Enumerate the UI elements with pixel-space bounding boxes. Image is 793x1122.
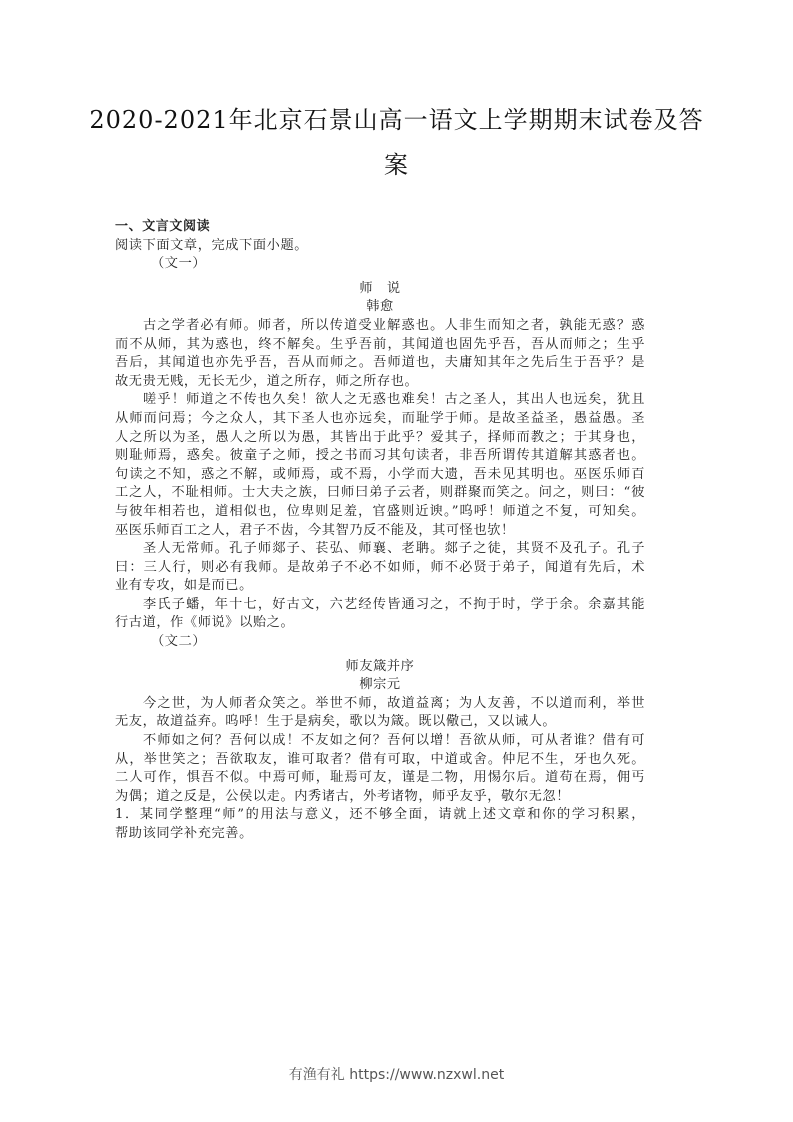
paragraph-line: 今之世，为人师者众笑之。举世不师，故道益离；为人友善，不以道而利，举世 [115,695,645,714]
document-title-line-2: 案 [0,145,793,180]
question-1-line: 帮助该同学补充完善。 [115,825,645,844]
paragraph-line: 李氏子蟠，年十七，好古文，六艺经传皆通习之，不拘于时，学于余。余嘉其能 [115,596,645,615]
paragraph-line: 工之人，不耻相师。士大夫之族，曰师曰弟子云者，则群聚而笑之。问之，则曰：“彼 [115,484,645,503]
paragraph-line: 无友，故道益弃。呜呼！生于是病矣，歌以为箴。既以儆己，又以诫人。 [115,713,645,732]
paragraph-line: 句读之不知，惑之不解，或师焉，或不焉，小学而大遗，吾未见其明也。巫医乐师百 [115,466,645,485]
paragraph-line: 行古道，作《师说》以贻之。 [115,614,645,633]
paragraph-line: 吾后，其闻道也亦先乎吾，吾从而师之。吾师道也，夫庸知其年之先后生于吾乎？是 [115,354,645,373]
text1-label: （文一） [115,255,645,274]
text2-author: 柳宗元 [115,676,645,695]
paragraph-line: 与彼年相若也，道相似也，位卑则足羞，官盛则近谀。”呜呼！师道之不复，可知矣。 [115,503,645,522]
text1-author: 韩愈 [115,298,645,317]
paragraph-line: 二人可作，惧吾不似。中焉可师，耻焉可友，谨是二物，用惕尔后。道苟在焉，佣丐 [115,769,645,788]
paragraph-line: 圣人无常师。孔子师郯子、苌弘、师襄、老聃。郯子之徒，其贤不及孔子。孔子 [115,540,645,559]
document-body: 一、文言文阅读 阅读下面文章，完成下面小题。 （文一） 师 说 韩愈 古之学者必… [115,218,645,844]
text2-label: （文二） [115,633,645,652]
paragraph-line: 从，举世笑之；吾欲取友，谁可取者？借有可取，中道或舍。仲尼不生，牙也久死。 [115,751,645,770]
paragraph-line: 曰：三人行，则必有我师。是故弟子不必不如师，师不必贤于弟子，闻道有先后，术 [115,559,645,578]
document-title-line-1: 2020-2021年北京石景山高一语文上学期期末试卷及答 [0,100,793,135]
paragraph-line: 而不从师，其为惑也，终不解矣。生乎吾前，其闻道也固先乎吾，吾从而师之；生乎 [115,336,645,355]
section-heading: 一、文言文阅读 [115,218,645,237]
paragraph-line: 故无贵无贱，无长无少，道之所存，师之所存也。 [115,373,645,392]
instruction: 阅读下面文章，完成下面小题。 [115,237,645,256]
paragraph-line: 从师而问焉；今之众人，其下圣人也亦远矣，而耻学于师。是故圣益圣，愚益愚。圣 [115,410,645,429]
footer-watermark: 有渔有礼 https://www.nzxwl.net [0,1064,793,1084]
question-1-line: 1．某同学整理“师”的用法与意义，还不够全面，请就上述文章和你的学习积累， [115,806,645,825]
paragraph-line: 古之学者必有师。师者，所以传道受业解惑也。人非生而知之者，孰能无惑？惑 [115,317,645,336]
paragraph-line: 业有专攻，如是而已。 [115,577,645,596]
paragraph-line: 则耻师焉，惑矣。彼童子之师，授之书而习其句读者，非吾所谓传其道解其惑者也。 [115,447,645,466]
text2-title: 师友箴并序 [115,658,645,677]
paragraph-line: 不师如之何？吾何以成！不友如之何？吾何以增！吾欲从师，可从者谁？借有可 [115,732,645,751]
paragraph-line: 嗟乎！师道之不传也久矣！欲人之无惑也难矣！古之圣人，其出人也远矣，犹且 [115,391,645,410]
paragraph-line: 为偶；道之反是，公侯以走。内秀诸古，外考诸物，师乎友乎，敬尔无忽！ [115,788,645,807]
paragraph-line: 巫医乐师百工之人，君子不齿，今其智乃反不能及，其可怪也欤！ [115,522,645,541]
text1-title: 师 说 [115,280,645,299]
paragraph-line: 人之所以为圣，愚人之所以为愚，其皆出于此乎？爱其子，择师而教之；于其身也， [115,429,645,448]
